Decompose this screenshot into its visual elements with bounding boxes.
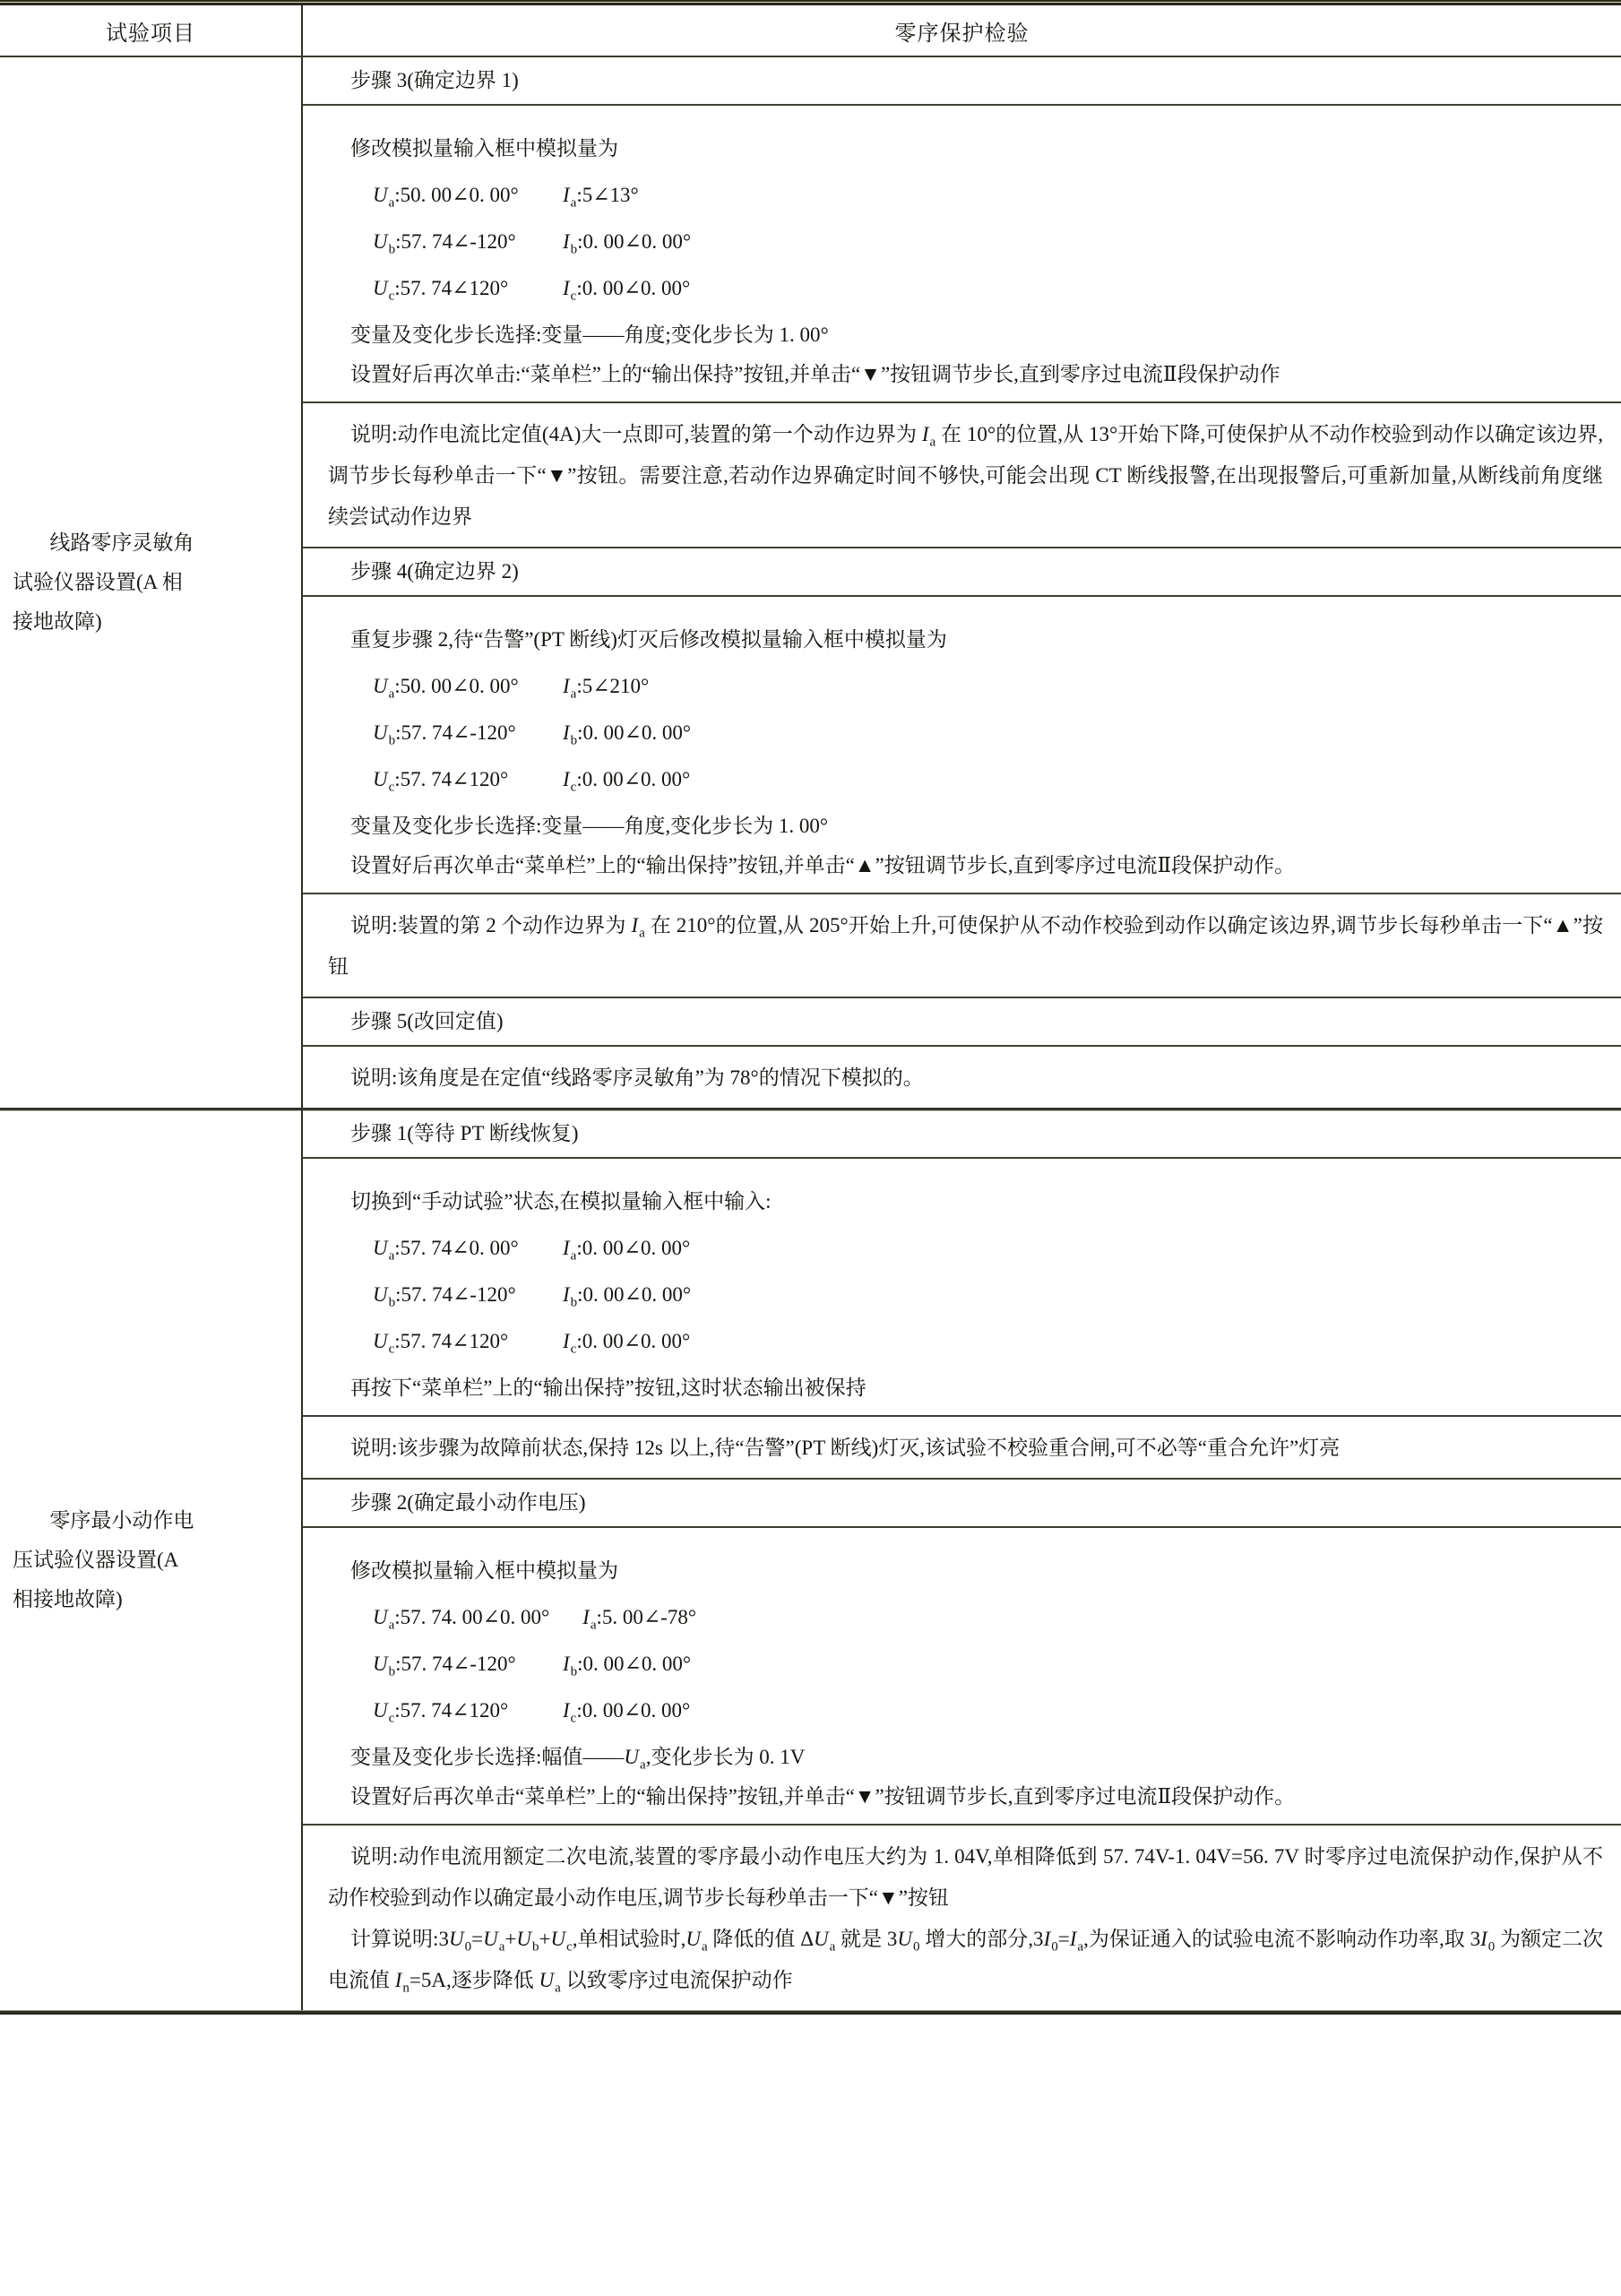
current-value: Ib:0. 00∠0. 00° [540, 1644, 691, 1684]
table-bottom-border [0, 2010, 1621, 2015]
current-value: Ia:0. 00∠0. 00° [540, 1229, 690, 1268]
step-heading-block: 步骤 4(确定边界 2) [303, 547, 1621, 595]
procedure-body-block: 切换到“手动试验”状态,在模拟量输入框中输入:Ua:57. 74∠0. 00°I… [303, 1157, 1621, 1415]
procedure-body-block: 重复步骤 2,待“告警”(PT 断线)灯灭后修改模拟量输入框中模拟量为Ua:50… [303, 595, 1621, 893]
table-row-zero-sequence-min-voltage: 零序最小动作电 压试验仪器设置(A 相接地故障) 步骤 1(等待 PT 断线恢复… [0, 1110, 1621, 2010]
paragraph: 变量及变化步长选择:变量——角度;变化步长为 1. 00° [328, 315, 1603, 355]
current-value: Ic:0. 00∠0. 00° [540, 1322, 690, 1361]
paragraph: 变量及变化步长选择:幅值——Ua,变化步长为 0. 1V [328, 1738, 1603, 1777]
paragraph: 设置好后再次单击:“菜单栏”上的“输出保持”按钮,并单击“▼”按钮调节步长,直到… [328, 355, 1603, 394]
analog-value-line: Ua:57. 74∠0. 00°Ia:0. 00∠0. 00° [328, 1229, 1603, 1268]
paragraph: 切换到“手动试验”状态,在模拟量输入框中输入: [328, 1182, 1603, 1221]
voltage-value: Uc:57. 74∠120° [350, 269, 530, 308]
paragraph: 说明:装置的第 2 个动作边界为 Ia 在 210°的位置,从 205°开始上升… [328, 905, 1603, 988]
test-item-label: 线路零序灵敏角 试验仪器设置(A 相 接地故障) [0, 523, 203, 642]
analog-value-line: Ua:50. 00∠0. 00°Ia:5∠210° [328, 667, 1603, 706]
paragraph: 说明:动作电流用额定二次电流,装置的零序最小动作电压大约为 1. 04V,单相降… [328, 1836, 1603, 1919]
analog-value-line: Uc:57. 74∠120°Ic:0. 00∠0. 00° [328, 760, 1603, 799]
paragraph: 说明:该角度是在定值“线路零序灵敏角”为 78°的情况下模拟的。 [328, 1057, 1603, 1099]
analog-value-line: Uc:57. 74∠120°Ic:0. 00∠0. 00° [328, 1691, 1603, 1731]
note-block: 说明:装置的第 2 个动作边界为 Ia 在 210°的位置,从 205°开始上升… [303, 893, 1621, 997]
voltage-value: Ub:57. 74∠-120° [350, 1275, 530, 1315]
note-block: 说明:动作电流比定值(4A)大一点即可,装置的第一个动作边界为 Ia 在 10°… [303, 401, 1621, 547]
procedure-column: 步骤 3(确定边界 1)修改模拟量输入框中模拟量为Ua:50. 00∠0. 00… [303, 57, 1621, 1108]
current-value: Ic:0. 00∠0. 00° [540, 269, 690, 308]
analog-value-line: Ub:57. 74∠-120°Ib:0. 00∠0. 00° [328, 1644, 1603, 1684]
header-cell-test-item: 试验项目 [0, 5, 303, 56]
voltage-value: Ua:57. 74∠0. 00° [350, 1229, 530, 1268]
paragraph: 重复步骤 2,待“告警”(PT 断线)灯灭后修改模拟量输入框中模拟量为 [328, 620, 1603, 660]
step-label: 步骤 3(确定边界 1) [328, 66, 1605, 95]
voltage-value: Ua:57. 74. 00∠0. 00° [350, 1598, 549, 1637]
step-heading-block: 步骤 1(等待 PT 断线恢复) [303, 1110, 1621, 1157]
voltage-value: Ub:57. 74∠-120° [350, 713, 530, 753]
scanned-document-page: 试验项目 零序保护检验 线路零序灵敏角 试验仪器设置(A 相 接地故障) 步骤 … [0, 0, 1621, 2015]
paragraph: 说明:动作电流比定值(4A)大一点即可,装置的第一个动作边界为 Ia 在 10°… [328, 414, 1603, 538]
current-value: Ib:0. 00∠0. 00° [540, 1275, 691, 1315]
analog-value-line: Ub:57. 74∠-120°Ib:0. 00∠0. 00° [328, 1275, 1603, 1315]
paragraph: 说明:该步骤为故障前状态,保持 12s 以上,待“告警”(PT 断线)灯灭,该试… [328, 1428, 1603, 1469]
current-value: Ia:5∠210° [540, 667, 649, 706]
step-label: 步骤 5(改回定值) [328, 1007, 1605, 1036]
voltage-value: Uc:57. 74∠120° [350, 760, 530, 799]
step-label: 步骤 4(确定边界 2) [328, 557, 1605, 586]
analog-value-line: Ua:50. 00∠0. 00°Ia:5∠13° [328, 176, 1603, 215]
step-heading-block: 步骤 2(确定最小动作电压) [303, 1478, 1621, 1526]
procedure-body-block: 修改模拟量输入框中模拟量为Ua:57. 74. 00∠0. 00°Ia:5. 0… [303, 1526, 1621, 1824]
note-block: 说明:该步骤为故障前状态,保持 12s 以上,待“告警”(PT 断线)灯灭,该试… [303, 1415, 1621, 1478]
paragraph: 变量及变化步长选择:变量——角度,变化步长为 1. 00° [328, 807, 1603, 846]
step-heading-block: 步骤 5(改回定值) [303, 997, 1621, 1045]
note-block: 说明:动作电流用额定二次电流,装置的零序最小动作电压大约为 1. 04V,单相降… [303, 1824, 1621, 2010]
header-cell-zero-sequence-check: 零序保护检验 [303, 5, 1621, 56]
paragraph: 修改模拟量输入框中模拟量为 [328, 1551, 1603, 1591]
test-item-label: 零序最小动作电 压试验仪器设置(A 相接地故障) [0, 1501, 203, 1619]
voltage-value: Uc:57. 74∠120° [350, 1691, 530, 1731]
current-value: Ia:5. 00∠-78° [560, 1598, 696, 1637]
step-heading-block: 步骤 3(确定边界 1) [303, 57, 1621, 104]
current-value: Ib:0. 00∠0. 00° [540, 713, 691, 753]
table-header-row: 试验项目 零序保护检验 [0, 5, 1621, 57]
note-block: 说明:该角度是在定值“线路零序灵敏角”为 78°的情况下模拟的。 [303, 1045, 1621, 1108]
table-row-line-zero-sequence-angle: 线路零序灵敏角 试验仪器设置(A 相 接地故障) 步骤 3(确定边界 1)修改模… [0, 57, 1621, 1110]
procedure-table: 试验项目 零序保护检验 线路零序灵敏角 试验仪器设置(A 相 接地故障) 步骤 … [0, 0, 1621, 2015]
current-value: Ic:0. 00∠0. 00° [540, 760, 690, 799]
analog-value-line: Uc:57. 74∠120°Ic:0. 00∠0. 00° [328, 1322, 1603, 1361]
voltage-value: Ub:57. 74∠-120° [350, 222, 530, 262]
analog-value-line: Ub:57. 74∠-120°Ib:0. 00∠0. 00° [328, 222, 1603, 262]
test-item-cell: 线路零序灵敏角 试验仪器设置(A 相 接地故障) [0, 57, 303, 1108]
step-label: 步骤 2(确定最小动作电压) [328, 1489, 1605, 1517]
test-item-cell: 零序最小动作电 压试验仪器设置(A 相接地故障) [0, 1110, 303, 2010]
paragraph: 设置好后再次单击“菜单栏”上的“输出保持”按钮,并单击“▼”按钮调节步长,直到零… [328, 1777, 1603, 1817]
paragraph: 再按下“菜单栏”上的“输出保持”按钮,这时状态输出被保持 [328, 1368, 1603, 1408]
current-value: Ic:0. 00∠0. 00° [540, 1691, 690, 1731]
voltage-value: Ub:57. 74∠-120° [350, 1644, 530, 1684]
analog-value-line: Ub:57. 74∠-120°Ib:0. 00∠0. 00° [328, 713, 1603, 753]
paragraph: 计算说明:3U0=Ua+Ub+Uc,单相试验时,Ua 降低的值 ΔUa 就是 3… [328, 1919, 1603, 2001]
paragraph: 设置好后再次单击“菜单栏”上的“输出保持”按钮,并单击“▲”按钮调节步长,直到零… [328, 846, 1603, 885]
voltage-value: Ua:50. 00∠0. 00° [350, 176, 530, 215]
analog-value-line: Uc:57. 74∠120°Ic:0. 00∠0. 00° [328, 269, 1603, 308]
current-value: Ia:5∠13° [540, 176, 639, 215]
voltage-value: Uc:57. 74∠120° [350, 1322, 530, 1361]
current-value: Ib:0. 00∠0. 00° [540, 222, 691, 262]
procedure-body-block: 修改模拟量输入框中模拟量为Ua:50. 00∠0. 00°Ia:5∠13°Ub:… [303, 104, 1621, 401]
voltage-value: Ua:50. 00∠0. 00° [350, 667, 530, 706]
paragraph: 修改模拟量输入框中模拟量为 [328, 129, 1603, 168]
analog-value-line: Ua:57. 74. 00∠0. 00°Ia:5. 00∠-78° [328, 1598, 1603, 1637]
procedure-column: 步骤 1(等待 PT 断线恢复)切换到“手动试验”状态,在模拟量输入框中输入:U… [303, 1110, 1621, 2010]
step-label: 步骤 1(等待 PT 断线恢复) [328, 1119, 1605, 1148]
